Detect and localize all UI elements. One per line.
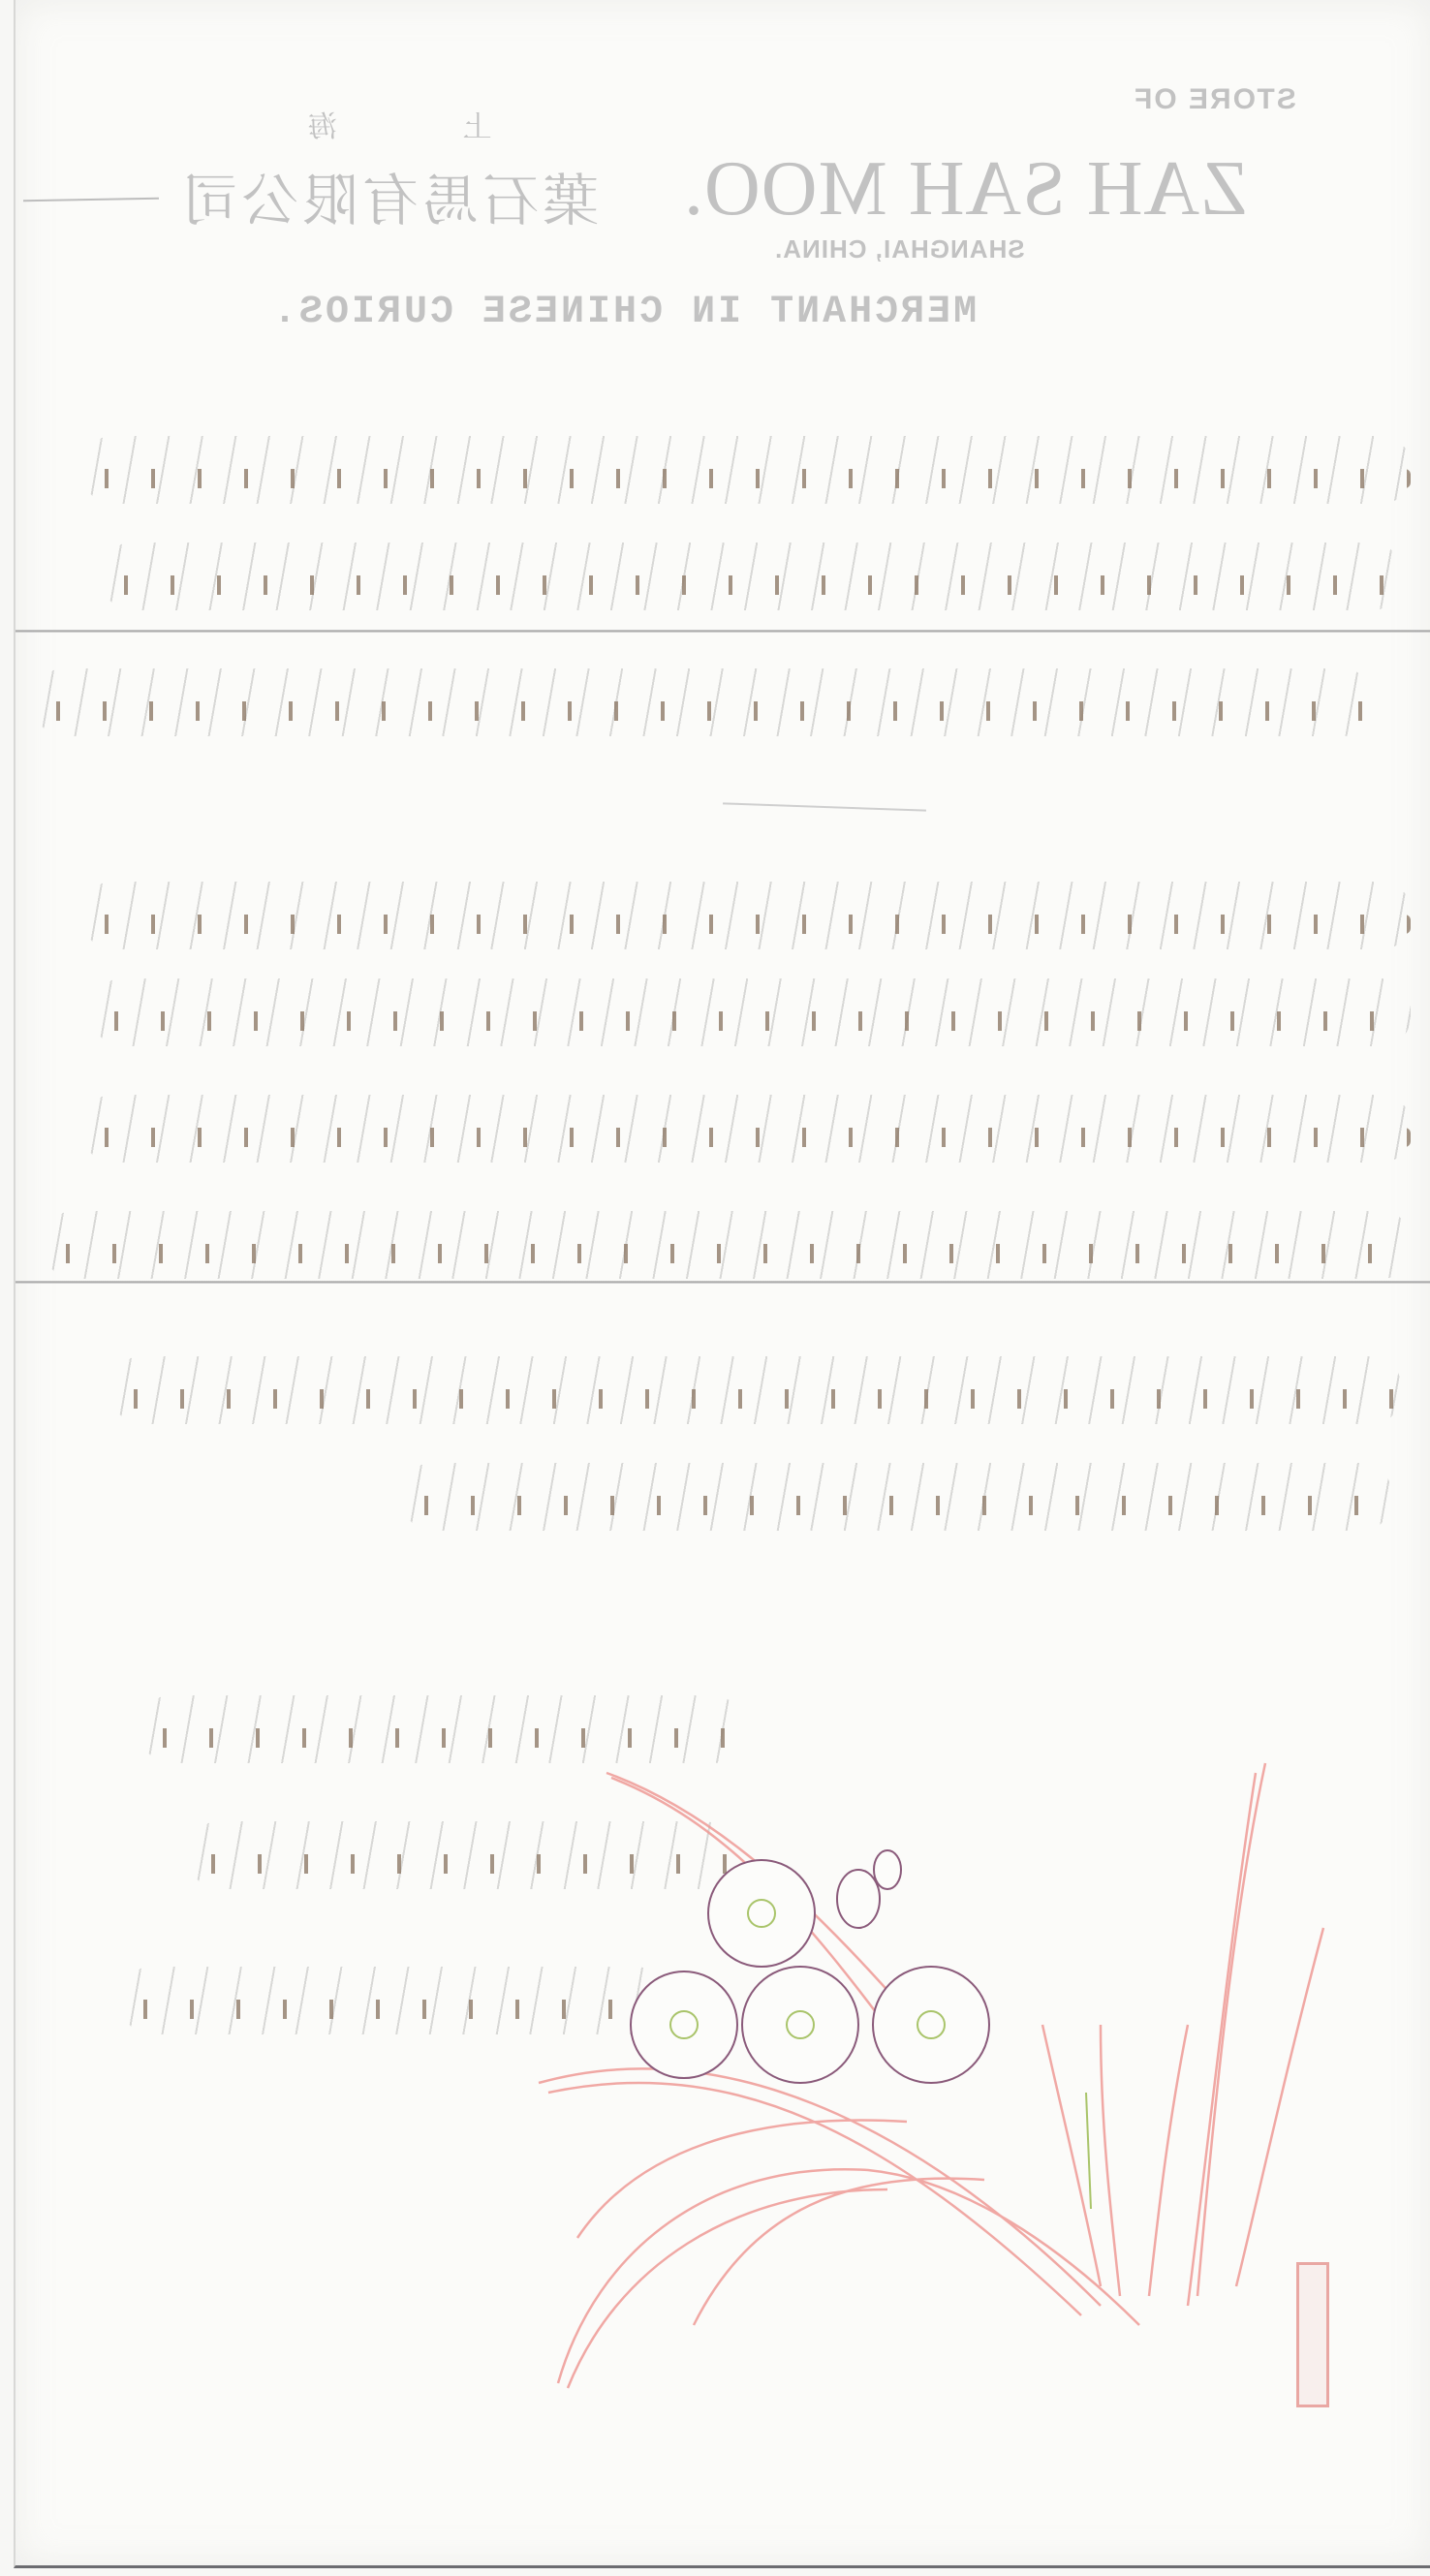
letterhead-city: SHANGHAI, CHINA. [774, 234, 1025, 264]
fold-line-upper [16, 630, 1430, 633]
letterhead-store-of: STORE OF [1133, 83, 1296, 116]
letterhead-company-name: ZAH SAH MOO. [683, 145, 1248, 233]
script-line [112, 1356, 1401, 1424]
script-line [403, 1463, 1391, 1531]
letterhead-chinese-top: 上 海 [250, 103, 492, 145]
script-line [83, 1095, 1411, 1163]
paragraph-divider [723, 802, 926, 811]
letter-page: STORE OF ZAH SAH MOO. 上 海 葉石馬有限公司 SHANGH… [14, 0, 1430, 2568]
script-line [35, 668, 1372, 736]
letterhead-chinese-name: 葉石馬有限公司 [178, 155, 599, 236]
script-line [83, 436, 1411, 504]
script-line [93, 978, 1411, 1046]
artist-seal-stamp [1296, 2262, 1329, 2407]
narcissus-illustration [519, 1705, 1391, 2432]
flowers-icon [631, 1850, 989, 2083]
letterhead-tagline: MERCHANT IN CHINESE CURIOS. [270, 291, 977, 334]
script-line [45, 1211, 1411, 1279]
paper-tear [23, 198, 159, 202]
fold-line-lower [16, 1281, 1430, 1284]
script-line [83, 882, 1411, 949]
script-line [103, 543, 1401, 610]
